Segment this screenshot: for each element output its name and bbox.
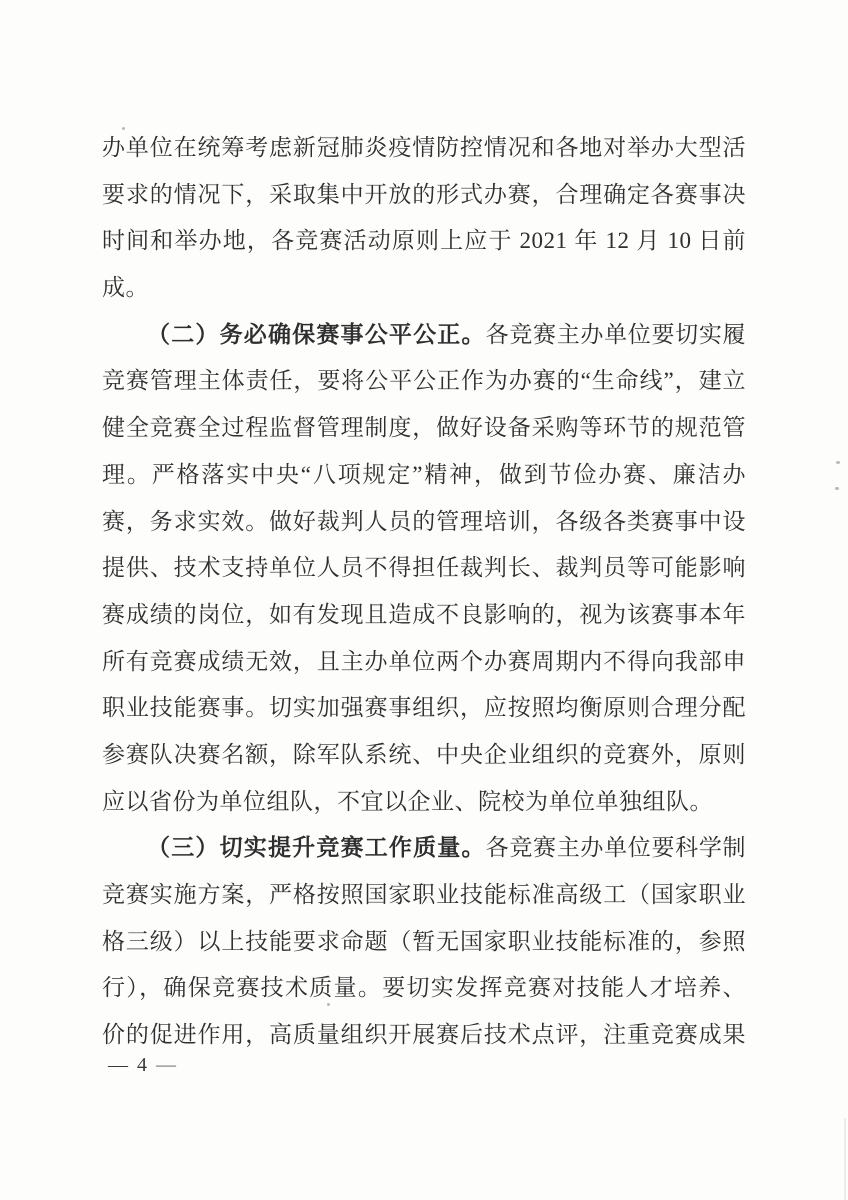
line-text: 提供、技术支持单位人员不得担任裁判长、裁判员等可能影响竞 <box>102 555 746 592</box>
line-text: 应以省份为单位组队，不宜以企业、院校为单位单独组队。 <box>102 789 713 814</box>
line-text: 理。严格落实中央“八项规定”精神，做到节俭办赛、廉洁办 <box>102 462 746 487</box>
text-line: 办单位在统筹考虑新冠肺炎疫情防控情况和各地对举办大型活动 <box>102 125 746 172</box>
line-text: 健全竞赛全过程监督管理制度，做好设备采购等环节的规范管 <box>102 415 746 440</box>
line-text: 赛成绩的岗位，如有发现且造成不良影响的，视为该赛事本年度 <box>102 602 746 639</box>
text-line: 竞赛实施方案，严格按照国家职业技能标准高级工（国家职业资 <box>102 872 746 919</box>
text-line: 价的促进作用，高质量组织开展赛后技术点评，注重竞赛成果和 <box>102 1012 746 1059</box>
text-line: 成。 <box>102 265 746 312</box>
line-text: 行），确保竞赛技术质量。要切实发挥竞赛对技能人才培养、评 <box>102 975 746 1012</box>
footer-dash-right: — <box>156 1056 176 1076</box>
text-line: 所有竞赛成绩无效，且主办单位两个办赛周期内不得向我部申报 <box>102 639 746 686</box>
text-line: 提供、技术支持单位人员不得担任裁判长、裁判员等可能影响竞 <box>102 545 746 592</box>
line-text: 价的促进作用，高质量组织开展赛后技术点评，注重竞赛成果和 <box>102 1022 746 1059</box>
line-text: 职业技能赛事。切实加强赛事组织，应按照均衡原则合理分配各 <box>102 695 746 732</box>
line-text: 赛，务求实效。做好裁判人员的管理培训，各级各类赛事中设备 <box>102 509 746 546</box>
text-line: 应以省份为单位组队，不宜以企业、院校为单位单独组队。 <box>102 779 746 826</box>
scan-speck <box>122 127 125 130</box>
scan-speck <box>835 487 839 490</box>
line-text: 要求的情况下，采取集中开放的形式办赛，合理确定各赛事决赛 <box>102 182 746 219</box>
text-line: 健全竞赛全过程监督管理制度，做好设备采购等环节的规范管 <box>102 405 746 452</box>
text-line: 赛，务求实效。做好裁判人员的管理培训，各级各类赛事中设备 <box>102 499 746 546</box>
text-line: 时间和举办地，各竞赛活动原则上应于 2021 年 12 月 10 日前完 <box>102 218 746 265</box>
paragraph-lead: （二）务必确保赛事公平公正。 <box>147 322 486 347</box>
line-text: 时间和举办地，各竞赛活动原则上应于 2021 年 12 月 10 日前完 <box>102 228 746 265</box>
line-text: 所有竞赛成绩无效，且主办单位两个办赛周期内不得向我部申报 <box>102 649 746 686</box>
text-line: 格三级）以上技能要求命题（暂无国家职业技能标准的，参照执 <box>102 919 746 966</box>
line-text: 参赛队决赛名额，除军队系统、中央企业组织的竞赛外，原则上 <box>102 742 746 779</box>
page-footer: — 4 — <box>108 1054 176 1077</box>
text-line: 赛成绩的岗位，如有发现且造成不良影响的，视为该赛事本年度 <box>102 592 746 639</box>
line-text: 竞赛管理主体责任，要将公平公正作为办赛的“生命线”，建立 <box>102 368 746 393</box>
line-text: 办单位在统筹考虑新冠肺炎疫情防控情况和各地对举办大型活动 <box>102 135 746 172</box>
page-number: 4 <box>137 1054 147 1077</box>
text-line: 理。严格落实中央“八项规定”精神，做到节俭办赛、廉洁办 <box>102 452 746 499</box>
text-line: 要求的情况下，采取集中开放的形式办赛，合理确定各赛事决赛 <box>102 172 746 219</box>
line-text: 竞赛实施方案，严格按照国家职业技能标准高级工（国家职业资 <box>102 882 746 919</box>
text-line: 竞赛管理主体责任，要将公平公正作为办赛的“生命线”，建立 <box>102 358 746 405</box>
text-line: 职业技能赛事。切实加强赛事组织，应按照均衡原则合理分配各 <box>102 685 746 732</box>
footer-dash-left: — <box>108 1054 128 1077</box>
scanned-document-page: 办单位在统筹考虑新冠肺炎疫情防控情况和各地对举办大型活动 要求的情况下，采取集中… <box>0 0 848 1200</box>
text-line-section-3-heading: （三）切实提升竞赛工作质量。各竞赛主办单位要科学制定 <box>102 825 746 872</box>
scan-speck <box>327 1003 330 1006</box>
paragraph-lead: （三）切实提升竞赛工作质量。 <box>147 835 486 860</box>
text-line: 参赛队决赛名额，除军队系统、中央企业组织的竞赛外，原则上 <box>102 732 746 779</box>
line-text: 成。 <box>102 275 149 300</box>
scan-edge-shadow <box>844 1118 846 1200</box>
line-text: 格三级）以上技能要求命题（暂无国家职业技能标准的，参照执 <box>102 929 746 966</box>
text-line: 行），确保竞赛技术质量。要切实发挥竞赛对技能人才培养、评 <box>102 965 746 1012</box>
text-line-section-2-heading: （二）务必确保赛事公平公正。各竞赛主办单位要切实履行 <box>102 312 746 359</box>
document-body: 办单位在统筹考虑新冠肺炎疫情防控情况和各地对举办大型活动 要求的情况下，采取集中… <box>102 125 746 1059</box>
scan-speck <box>836 461 840 464</box>
